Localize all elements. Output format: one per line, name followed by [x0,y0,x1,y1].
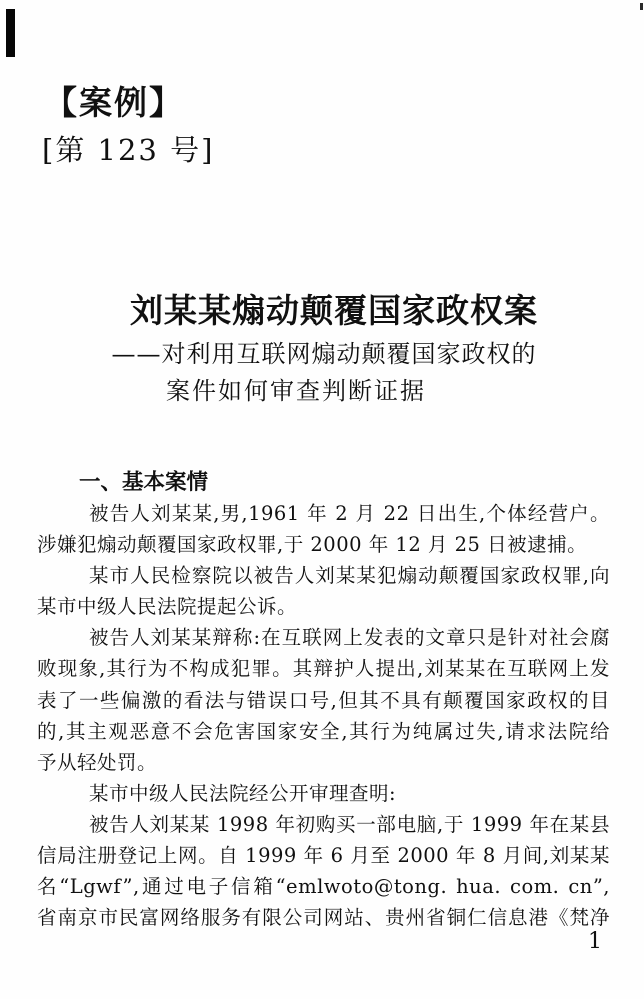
scan-artifact-speck [640,3,643,10]
case-number: [第 123 号] [42,131,214,169]
scan-artifact-bar [6,9,15,57]
body-text-line: 被告人刘某某辩称:在互联网上发表的文章只是针对社会腐 [37,622,610,653]
body-text-line: 信局注册登记上网。自 1999 年 6 月至 2000 年 8 月间,刘某某署 [37,840,610,871]
body-text-line: 予从轻处罚。 [37,747,610,778]
case-title: 刘某某煽动颠覆国家政权案 [12,291,644,331]
title-block: 刘某某煽动颠覆国家政权案 ——对利用互联网煽动颠覆国家政权的 案件如何审查判断证… [0,291,644,407]
body-text-line: 涉嫌犯煽动颠覆国家政权罪,于 2000 年 12 月 25 日被逮捕。 [37,529,610,560]
body-text-line: 被告人刘某某,男,1961 年 2 月 22 日出生,个体经营户。因 [37,498,610,529]
case-subtitle-line2: 案件如何审查判断证据 [0,375,618,407]
book-page: 【案例】 [第 123 号] 刘某某煽动颠覆国家政权案 ——对利用互联网煽动颠覆… [0,0,644,999]
body-text-line: 名“Lgwf”,通过电子信箱“emlwoto@tong. hua. com. c… [37,871,610,902]
body-text-line: 表了一些偏激的看法与错误口号,但其不具有颠覆国家政权的目 [37,685,610,716]
body-text-line: 省南京市民富网络服务有限公司网站、贵州省铜仁信息港《梵净茶 [37,902,610,933]
case-subtitle-line1: ——对利用互联网煽动颠覆国家政权的 [2,338,644,371]
body-text-line: 某市中级人民法院经公开审理查明: [37,778,610,809]
page-number: 1 [588,928,602,956]
body-text-line: 某市人民检察院以被告人刘某某犯煽动颠覆国家政权罪,向 [37,560,610,591]
body-text-line: 的,其主观恶意不会危害国家安全,其行为纯属过失,请求法院给 [37,716,610,747]
body-text-line: 某市中级人民法院提起公诉。 [37,591,610,622]
body-block: 一、基本案情 被告人刘某某,男,1961 年 2 月 22 日出生,个体经营户。… [37,467,610,933]
body-text-line: 败现象,其行为不构成犯罪。其辩护人提出,刘某某在互联网上发 [37,653,610,684]
body-text: 被告人刘某某,男,1961 年 2 月 22 日出生,个体经营户。因涉嫌犯煽动颠… [37,498,610,933]
case-label: 【案例】 [44,82,184,124]
section-heading: 一、基本案情 [79,467,610,498]
body-text-line: 被告人刘某某 1998 年初购买一部电脑,于 1999 年在某县电 [37,809,610,840]
